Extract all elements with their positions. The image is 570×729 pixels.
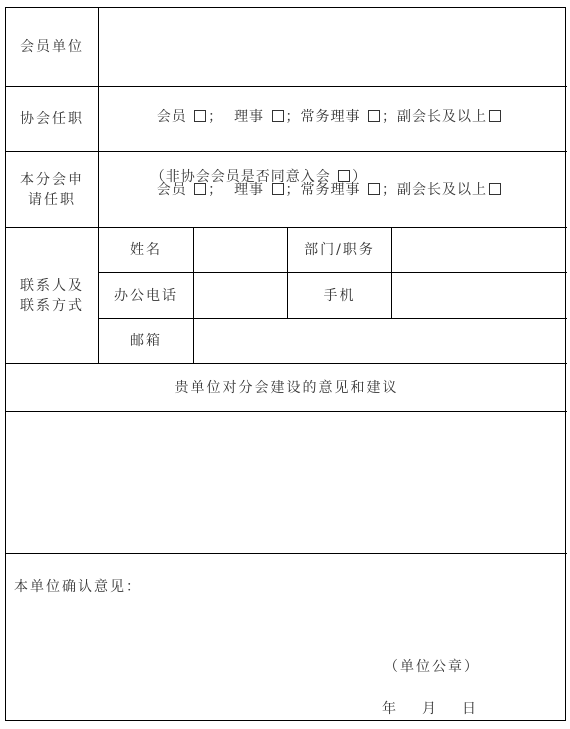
association-role-label: 协会任职: [6, 87, 98, 151]
checkbox-executive-director[interactable]: [368, 183, 380, 195]
label-text: 姓名: [130, 240, 162, 260]
association-role-options: 会员 ； 理事 ；常务理事 ；副会长及以上 （非协会会员是否同意入会 ）: [124, 87, 564, 151]
branch-role-label: 本分会申 请任职: [6, 152, 98, 227]
label-text: 本单位确认意见：: [14, 577, 142, 597]
option-vice-president: 副会长及以上: [397, 109, 487, 125]
date-line: 年 月 日: [382, 698, 522, 720]
option-line: 会员 ； 理事 ；常务理事 ；副会长及以上: [124, 160, 503, 220]
membership-form: 会员单位 协会任职 会员 ； 理事 ；常务理事 ；副会长及以上 （非协会会员是否…: [5, 7, 566, 721]
checkbox-vice-president[interactable]: [489, 110, 501, 122]
option-vice-president: 副会长及以上: [397, 182, 487, 198]
mobile-field[interactable]: [392, 273, 567, 318]
checkbox-director[interactable]: [272, 183, 284, 195]
dept-label: 部门/职务: [288, 228, 391, 272]
label-text: 邮箱: [130, 331, 162, 351]
email-field[interactable]: [194, 319, 567, 363]
suggestions-heading: 贵单位对分会建设的意见和建议: [6, 364, 567, 411]
email-label: 邮箱: [99, 319, 193, 363]
contact-label: 联系人及 联系方式: [6, 228, 98, 363]
option-line: 会员 ； 理事 ；常务理事 ；副会长及以上: [124, 87, 503, 147]
option-executive-director: 常务理事: [301, 182, 361, 198]
option-director: 理事: [234, 182, 264, 198]
member-unit-label: 会员单位: [6, 8, 98, 86]
label-text: 联系人及: [20, 276, 84, 296]
checkbox-executive-director[interactable]: [368, 110, 380, 122]
label-text: 办公电话: [114, 286, 178, 306]
option-member: 会员: [157, 182, 187, 198]
member-unit-field[interactable]: [99, 8, 567, 86]
day-text: 日: [462, 699, 478, 719]
option-director: 理事: [234, 109, 264, 125]
branch-role-options: 会员 ； 理事 ；常务理事 ；副会长及以上: [124, 152, 564, 227]
label-text: 手机: [324, 286, 356, 306]
confirmation-label: 本单位确认意见：: [14, 576, 314, 598]
mobile-label: 手机: [288, 273, 391, 318]
label-text: 协会任职: [20, 109, 84, 129]
heading-text: 贵单位对分会建设的意见和建议: [175, 378, 399, 398]
label-text: 联系方式: [20, 296, 84, 316]
option-executive-director: 常务理事: [301, 109, 361, 125]
checkbox-vice-president[interactable]: [489, 183, 501, 195]
name-label: 姓名: [99, 228, 193, 272]
option-member: 会员: [157, 109, 187, 125]
label-text: 请任职: [28, 190, 76, 210]
year-text: 年: [382, 699, 398, 719]
name-field[interactable]: [194, 228, 287, 272]
divider: [6, 553, 567, 554]
seal-label: （单位公章）: [384, 656, 504, 678]
seal-text: （单位公章）: [384, 657, 480, 677]
month-text: 月: [422, 699, 438, 719]
label-text: 本分会申: [20, 170, 84, 190]
suggestions-field[interactable]: [6, 412, 567, 553]
office-phone-field[interactable]: [194, 273, 287, 318]
label-text: 会员单位: [20, 37, 84, 57]
dept-field[interactable]: [392, 228, 567, 272]
checkbox-member[interactable]: [194, 110, 206, 122]
checkbox-member[interactable]: [194, 183, 206, 195]
label-text: 部门/职务: [304, 240, 375, 260]
office-phone-label: 办公电话: [99, 273, 193, 318]
checkbox-director[interactable]: [272, 110, 284, 122]
